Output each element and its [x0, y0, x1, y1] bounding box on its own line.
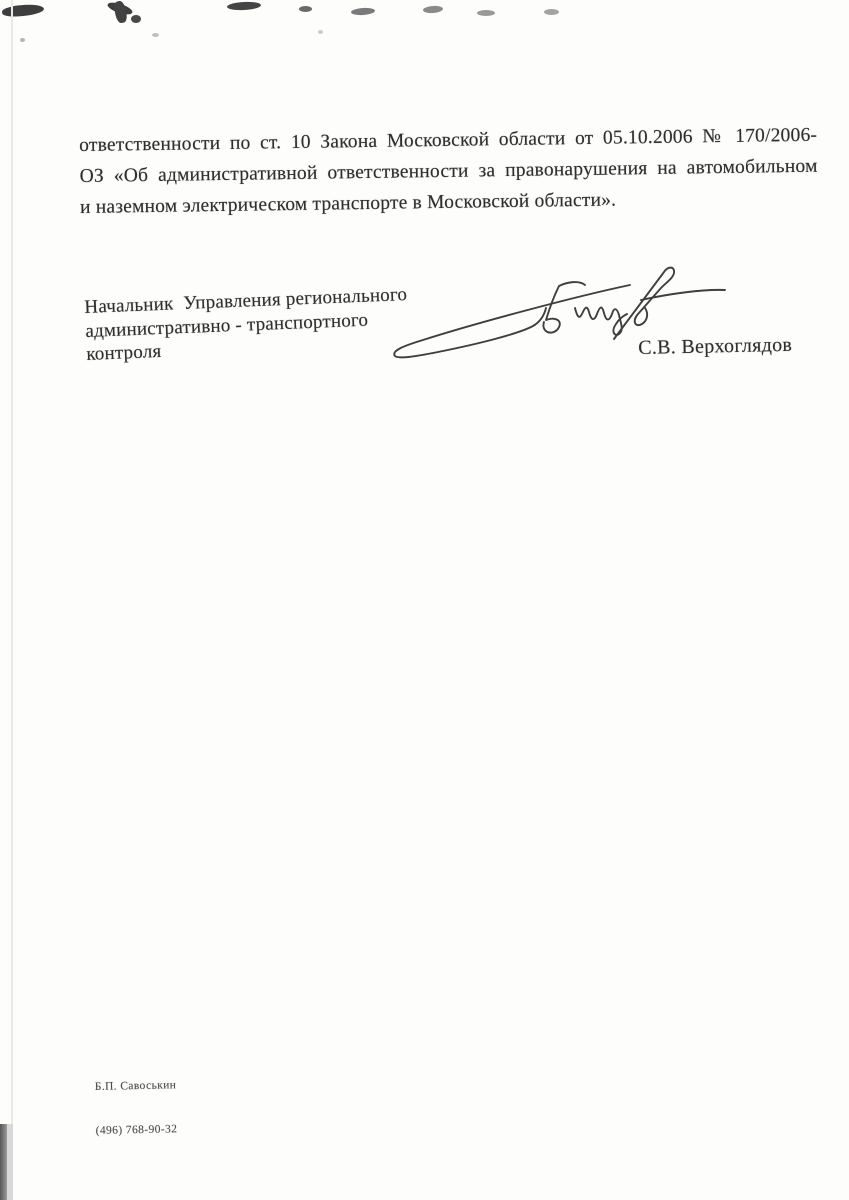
scan-artifact: [106, 0, 134, 17]
scan-artifact: [131, 15, 141, 23]
scan-artifact: [318, 30, 323, 34]
signer-title: Начальник Управления регионального админ…: [84, 283, 409, 366]
scan-corner-bar-shadow: [7, 1124, 13, 1200]
scan-artifact: [299, 6, 312, 12]
scan-corner-bar: [0, 1124, 7, 1200]
executor-phone: (496) 768-90-32: [96, 1122, 178, 1138]
scan-artifact: [351, 7, 375, 16]
scanned-document-page: ответственности по ст. 10 Закона Московс…: [0, 0, 849, 1200]
scan-artifact: [113, 0, 128, 24]
body-paragraph: ответственности по ст. 10 Закона Московс…: [79, 120, 818, 223]
signer-name: С.В. Верхоглядов: [638, 334, 792, 360]
scan-artifact: [20, 38, 25, 42]
scan-artifact: [477, 10, 495, 16]
scan-artifact: [152, 33, 159, 37]
executor-name: Б.П. Савоськин: [95, 1078, 177, 1094]
scan-artifact: [227, 1, 261, 11]
executor-footer: Б.П. Савоськин (496) 768-90-32: [94, 1049, 178, 1167]
scan-artifact: [423, 5, 443, 13]
scan-artifact: [2, 3, 45, 18]
scan-edge-line: [11, 0, 13, 1200]
scan-artifact: [544, 9, 559, 15]
